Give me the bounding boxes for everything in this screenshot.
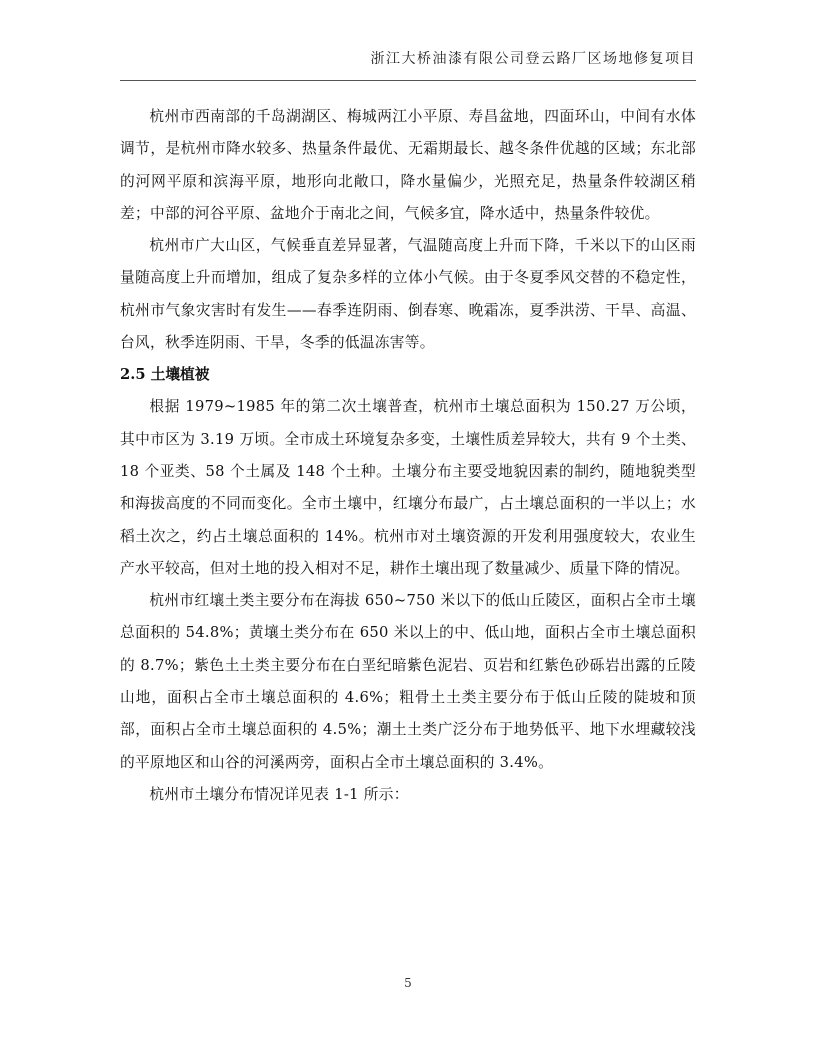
paragraph-table-reference: 杭州市土壤分布情况详见表 1-1 所示： — [120, 779, 696, 811]
paragraph-soil-survey: 根据 1979~1985 年的第二次土壤普查，杭州市土壤总面积为 150.27 … — [120, 391, 696, 585]
section-heading: 2.5 土壤植被 — [120, 359, 696, 391]
document-body: 杭州市西南部的千岛湖湖区、梅城两江小平原、寿昌盆地，四面环山，中间有水体调节，是… — [120, 101, 696, 811]
paragraph-mountain-climate: 杭州市广大山区，气候垂直差异显著，气温随高度上升而下降，千米以下的山区雨量随高度… — [120, 230, 696, 359]
header-divider — [120, 80, 696, 81]
paragraph-soil-types: 杭州市红壤土类主要分布在海拔 650~750 米以下的低山丘陵区，面积占全市土壤… — [120, 585, 696, 779]
paragraph-climate-regions: 杭州市西南部的千岛湖湖区、梅城两江小平原、寿昌盆地，四面环山，中间有水体调节，是… — [120, 101, 696, 230]
page-number: 5 — [0, 976, 816, 990]
document-header: 浙江大桥油漆有限公司登云路厂区场地修复项目 — [120, 48, 696, 68]
